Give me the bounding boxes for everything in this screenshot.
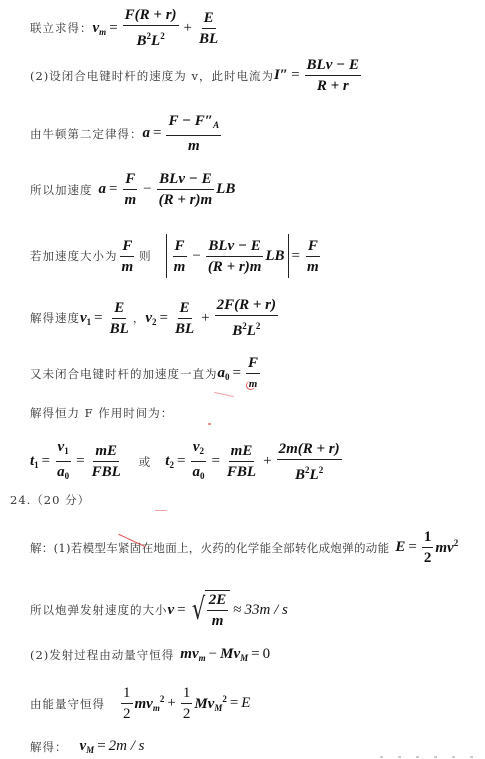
var-I: I″ bbox=[274, 67, 288, 84]
fraction: F − F″A m bbox=[166, 112, 221, 155]
fraction: mEFBL bbox=[90, 442, 123, 481]
var-E: E bbox=[395, 539, 405, 556]
red-annotation-mark bbox=[208, 423, 211, 425]
term-LB: LB bbox=[216, 181, 235, 198]
var-v2: v2 bbox=[145, 310, 156, 327]
label-text: 由能量守恒得 bbox=[30, 696, 105, 712]
label-text: 由牛顿第二定律得： bbox=[30, 126, 143, 142]
equation-line-energy: 由能量守恒得 12 mvm2 + 12 MvM2 = E bbox=[30, 684, 250, 723]
fraction: F m bbox=[120, 237, 136, 276]
fraction: 12 bbox=[422, 528, 434, 567]
fraction: EBL bbox=[108, 299, 131, 338]
question-label: 24.（20 分） bbox=[10, 492, 90, 508]
equals: = bbox=[153, 125, 161, 142]
label-text: 所以炮弹发射速度的大小 bbox=[30, 602, 168, 618]
equation-line-condition: 若加速度大小为 F m 则 Fm − BLv − E(R + r)m LB = … bbox=[30, 234, 323, 278]
fraction: F m bbox=[305, 237, 321, 276]
label-text: (2)发射过程由动量守恒得 bbox=[30, 647, 174, 663]
faint-footer-marks bbox=[380, 756, 480, 758]
term-mvm: mvm bbox=[180, 646, 205, 663]
equals: = bbox=[109, 181, 117, 198]
var-v: v bbox=[168, 602, 175, 619]
fraction: F m bbox=[122, 170, 138, 209]
fraction: v1 a0 bbox=[55, 438, 71, 485]
label-text: 则 bbox=[139, 248, 152, 264]
label-text: 所以加速度 bbox=[30, 182, 93, 198]
var-v: vm bbox=[93, 20, 107, 37]
equation-line-result: 解得： vM = 2m / s bbox=[30, 738, 145, 755]
fraction: EBL bbox=[173, 299, 196, 338]
fraction: 2m(R + r) B2L2 bbox=[277, 440, 342, 484]
fraction: 2F(R + r) B2L2 bbox=[215, 296, 278, 340]
term-mvm2: mvm2 bbox=[135, 694, 165, 713]
question-number: 24.（20 分） bbox=[10, 492, 90, 508]
red-annotation-mark bbox=[155, 510, 167, 511]
equation-line-launch-speed: 所以炮弹发射速度的大小 v = √ 2Em ≈ 33m / s bbox=[30, 590, 288, 630]
equation-line-vm: 联立求得： vm = F(R + r) B2L2 + E BL bbox=[30, 6, 222, 50]
fraction: BLv − E R + r bbox=[305, 56, 361, 95]
label-text: 或 bbox=[139, 454, 152, 470]
var-a: a bbox=[143, 125, 151, 142]
equals: = bbox=[291, 67, 299, 84]
var-vM: vM bbox=[80, 738, 95, 755]
square-root: √ 2Em bbox=[189, 590, 231, 630]
equation-line-acceleration: 所以加速度 a = F m − BLv − E (R + r)m LB bbox=[30, 170, 235, 209]
var-t2: t2 bbox=[165, 453, 174, 470]
separator: ， bbox=[133, 310, 146, 326]
minus: − bbox=[143, 181, 151, 198]
label-text: 解得速度 bbox=[30, 310, 80, 326]
equals: = bbox=[109, 20, 117, 37]
label-text: 联立求得： bbox=[30, 20, 93, 36]
fraction: 12 bbox=[121, 684, 133, 723]
label-text: 解得： bbox=[30, 739, 68, 755]
label-text: 又未闭合电键时杆的加速度一直为 bbox=[30, 366, 218, 382]
fraction: E BL bbox=[197, 9, 220, 48]
rhs-E: E bbox=[241, 695, 250, 712]
equation-line-momentum: (2)发射过程由动量守恒得 mvm − MvM = 0 bbox=[30, 646, 270, 663]
fraction: BLv − E (R + r)m bbox=[157, 170, 215, 209]
plus: + bbox=[184, 20, 192, 37]
term-MvM2: MvM2 bbox=[194, 694, 227, 713]
var-t1: t1 bbox=[30, 453, 39, 470]
label-text: (2)设闭合电键时杆的速度为 v，此时电流为 bbox=[30, 68, 274, 84]
equals: = bbox=[292, 248, 300, 265]
rhs-value: 0 bbox=[263, 646, 271, 663]
equation-line-velocities: 解得速度 v1 = EBL ， v2 = EBL + 2F(R + r) B2L… bbox=[30, 296, 280, 340]
term-MvM: MvM bbox=[220, 646, 248, 663]
equation-line-current: (2)设闭合电键时杆的速度为 v，此时电流为 I″ = BLv − E R + … bbox=[30, 56, 363, 95]
approx-sign: ≈ bbox=[233, 602, 241, 619]
absolute-value: Fm − BLv − E(R + r)m LB bbox=[166, 234, 289, 278]
equation-line-times: t1 = v1 a0 = mEFBL 或 t2 = v2 a0 = mEFBL … bbox=[30, 438, 344, 485]
text-line-force-time: 解得恒力 F 作用时间为： bbox=[30, 405, 173, 421]
label-text: 若加速度大小为 bbox=[30, 248, 118, 264]
equation-line-a0: 又未闭合电键时杆的加速度一直为 a0 = Fm bbox=[30, 354, 262, 393]
fraction: 12 bbox=[181, 684, 193, 723]
label-text: 解得恒力 F 作用时间为： bbox=[30, 405, 173, 421]
red-annotation-mark bbox=[246, 381, 255, 390]
equation-line-newton: 由牛顿第二定律得： a = F − F″A m bbox=[30, 112, 223, 155]
var-a0: a0 bbox=[218, 365, 230, 382]
term-mv2: mv2 bbox=[435, 538, 458, 557]
result-value: 2m / s bbox=[109, 738, 145, 755]
var-a: a bbox=[99, 181, 107, 198]
label-text: 解：(1)若模型车紧固在地面上，火药的化学能全部转化成炮弹的动能 bbox=[30, 540, 389, 556]
result-value: 33m / s bbox=[245, 602, 288, 619]
fraction: v2 a0 bbox=[190, 438, 206, 485]
equation-line-kinetic-energy: 解：(1)若模型车紧固在地面上，火药的化学能全部转化成炮弹的动能 E = 12 … bbox=[30, 528, 458, 567]
var-v1: v1 bbox=[80, 310, 91, 327]
fraction: mEFBL bbox=[225, 442, 258, 481]
fraction: F(R + r) B2L2 bbox=[123, 6, 179, 50]
